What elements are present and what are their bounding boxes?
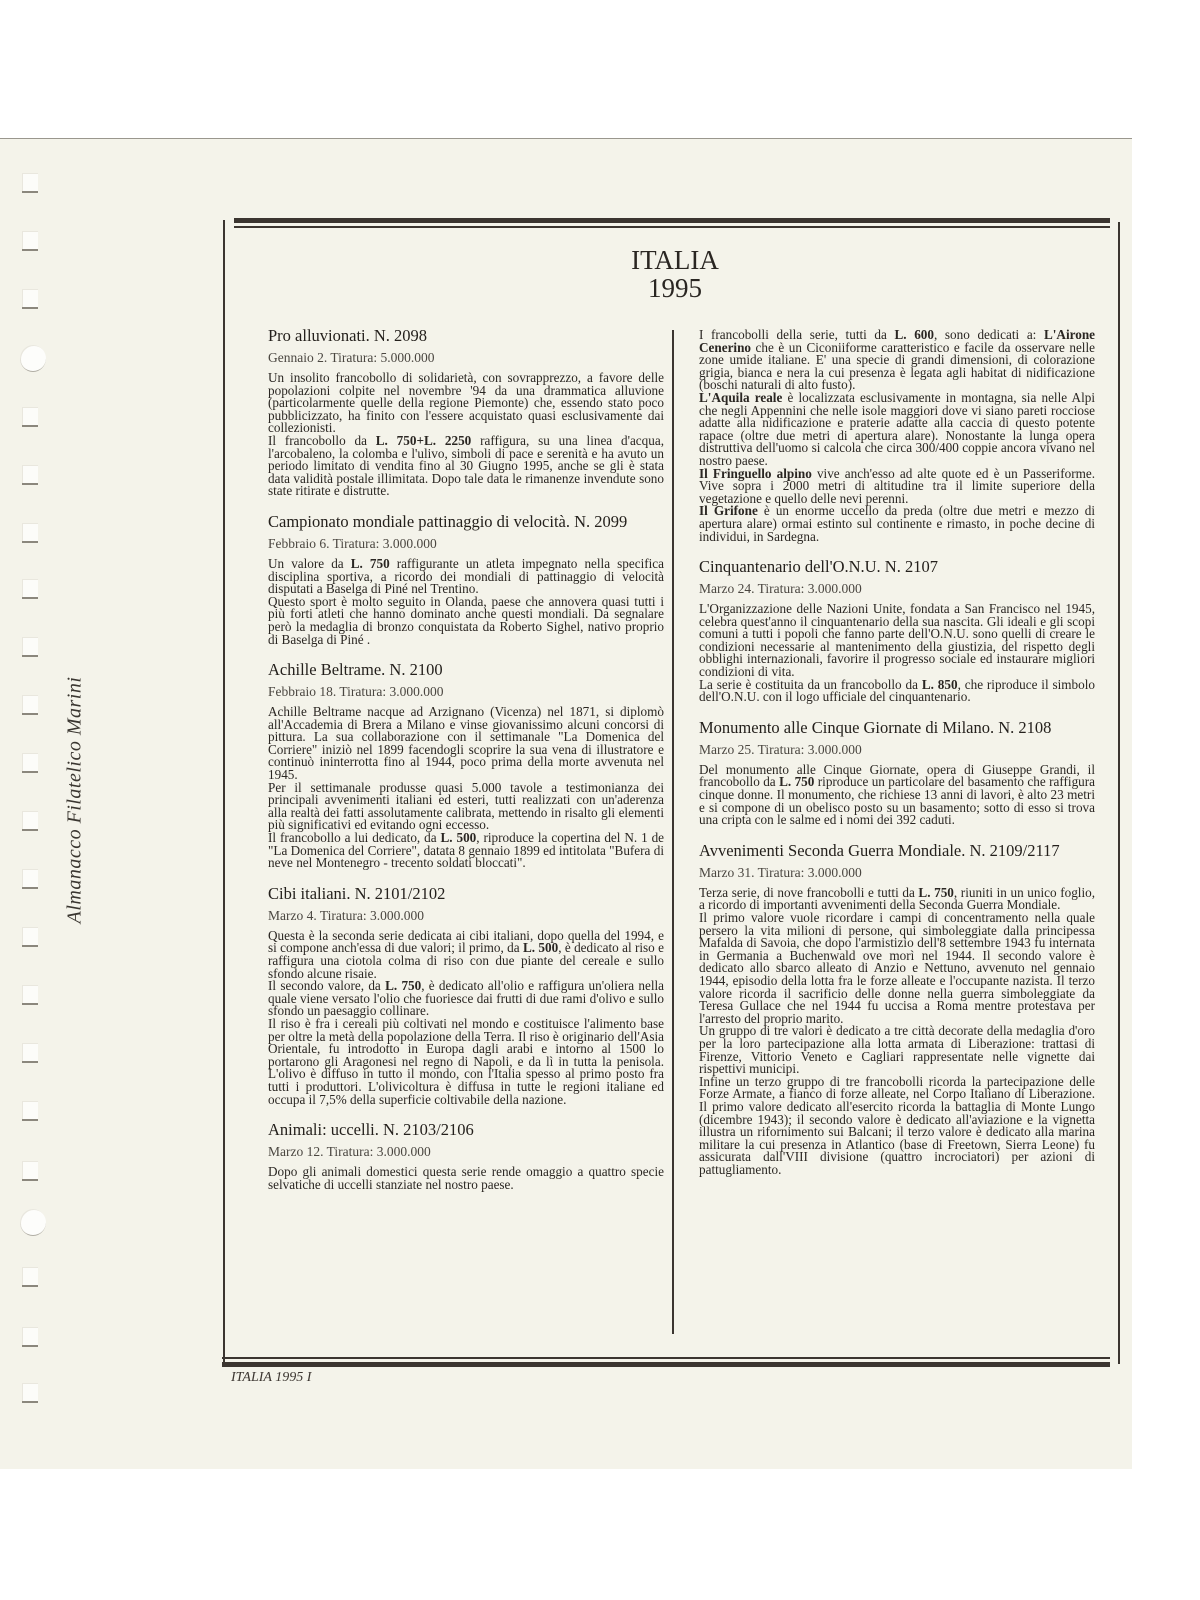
binder-hole-icon (22, 753, 38, 773)
article-paragraph: Il Fringuello alpino vive anch'esso ad a… (699, 468, 1095, 506)
page-title: ITALIA 1995 (560, 246, 790, 302)
binder-hole-icon (22, 1267, 38, 1287)
binder-hole-icon (22, 231, 38, 251)
article-paragraph: I francobolli della serie, tutti da L. 6… (699, 329, 1095, 392)
article-section: I francobolli della serie, tutti da L. 6… (699, 329, 1095, 543)
binder-hole-icon (22, 465, 38, 485)
binder-hole-icon (22, 869, 38, 889)
issue-date-print-run: Gennaio 2. Tiratura: 5.000.000 (268, 350, 664, 366)
article-section: Cinquantenario dell'O.N.U. N. 2107Marzo … (699, 557, 1095, 704)
column-divider (672, 330, 674, 1334)
binder-hole-icon (22, 637, 38, 657)
article-paragraph: Un valore da L. 750 raffigurante un atle… (268, 558, 664, 596)
issue-date-print-run: Marzo 24. Tiratura: 3.000.000 (699, 581, 1095, 597)
article-paragraph: Un gruppo di tre valori è dedicato a tre… (699, 1025, 1095, 1075)
binder-hole-icon (22, 1327, 38, 1347)
article-heading: Avvenimenti Seconda Guerra Mondiale. N. … (699, 841, 1095, 861)
bottom-rule-thick (222, 1362, 1110, 1367)
article-paragraph: L'Organizzazione delle Nazioni Unite, fo… (699, 603, 1095, 679)
page-footer: ITALIA 1995 I (231, 1370, 311, 1386)
binder-hole-round-icon (20, 1209, 46, 1236)
issue-date-print-run: Febbraio 18. Tiratura: 3.000.000 (268, 684, 664, 700)
binder-hole-icon (22, 811, 38, 831)
article-paragraph: Achille Beltrame nacque ad Arzignano (Vi… (268, 706, 664, 782)
issue-date-print-run: Marzo 31. Tiratura: 3.000.000 (699, 865, 1095, 881)
frame-right-line (1118, 222, 1120, 1364)
top-rule-thin (234, 226, 1110, 228)
article-paragraph: Questo sport è molto seguito in Olanda, … (268, 596, 664, 646)
article-section: Achille Beltrame. N. 2100Febbraio 18. Ti… (268, 660, 664, 870)
title-country: ITALIA (560, 246, 790, 274)
article-paragraph: Il riso è fra i cereali più coltivati ne… (268, 1018, 664, 1106)
article-paragraph: La serie è costituita da un francobollo … (699, 679, 1095, 704)
article-paragraph: Il Grifone è un enorme uccello da preda … (699, 505, 1095, 543)
article-paragraph: Questa è la seconda serie dedicata ai ci… (268, 930, 664, 980)
article-paragraph: Terza serie, di nove francobolli e tutti… (699, 887, 1095, 912)
article-section: Pro alluvionati. N. 2098Gennaio 2. Tirat… (268, 326, 664, 498)
binder-hole-icon (22, 1043, 38, 1063)
right-column: I francobolli della serie, tutti da L. 6… (699, 329, 1095, 1190)
article-heading: Pro alluvionati. N. 2098 (268, 326, 664, 346)
article-section: Avvenimenti Seconda Guerra Mondiale. N. … (699, 841, 1095, 1177)
article-paragraph: Del monumento alle Cinque Giornate, oper… (699, 764, 1095, 827)
article-heading: Campionato mondiale pattinaggio di veloc… (268, 512, 664, 532)
article-paragraph: Il secondo valore, da L. 750, è dedicato… (268, 980, 664, 1018)
article-section: Cibi italiani. N. 2101/2102Marzo 4. Tira… (268, 884, 664, 1106)
article-section: Monumento alle Cinque Giornate di Milano… (699, 718, 1095, 827)
article-section: Campionato mondiale pattinaggio di veloc… (268, 512, 664, 646)
article-paragraph: Per il settimanale produsse quasi 5.000 … (268, 782, 664, 832)
left-column: Pro alluvionati. N. 2098Gennaio 2. Tirat… (268, 326, 664, 1205)
binder-hole-icon (22, 289, 38, 309)
article-heading: Achille Beltrame. N. 2100 (268, 660, 664, 680)
binder-hole-icon (22, 1383, 38, 1403)
article-heading: Monumento alle Cinque Giornate di Milano… (699, 718, 1095, 738)
article-paragraph: Un insolito francobollo di solidarietà, … (268, 372, 664, 435)
article-paragraph: Il francobollo a lui dedicato, da L. 500… (268, 832, 664, 870)
binder-hole-icon (22, 523, 38, 543)
issue-date-print-run: Marzo 25. Tiratura: 3.000.000 (699, 742, 1095, 758)
binder-hole-icon (22, 1161, 38, 1181)
binder-hole-icon (22, 407, 38, 427)
binder-hole-icon (22, 173, 38, 193)
article-paragraph: Il primo valore vuole ricordare i campi … (699, 912, 1095, 1025)
issue-date-print-run: Marzo 12. Tiratura: 3.000.000 (268, 1144, 664, 1160)
issue-date-print-run: Febbraio 6. Tiratura: 3.000.000 (268, 536, 664, 552)
article-paragraph: Infine un terzo gruppo di tre francoboll… (699, 1076, 1095, 1177)
brand-text: Almanacco Filatelico Marini (64, 677, 87, 924)
top-rule-thick (234, 218, 1110, 223)
frame-left-line (223, 220, 225, 1364)
bottom-rule-thin (222, 1357, 1110, 1359)
binder-hole-round-icon (20, 345, 46, 372)
binder-hole-icon (22, 579, 38, 599)
brand-logo: Almanacco Filatelico Marini (60, 680, 90, 920)
binder-hole-icon (22, 695, 38, 715)
title-year: 1995 (560, 274, 790, 302)
article-heading: Cinquantenario dell'O.N.U. N. 2107 (699, 557, 1095, 577)
article-paragraph: L'Aquila reale è localizzata esclusivame… (699, 392, 1095, 468)
binder-hole-icon (22, 985, 38, 1005)
article-paragraph: Il francobollo da L. 750+L. 2250 raffigu… (268, 435, 664, 498)
issue-date-print-run: Marzo 4. Tiratura: 3.000.000 (268, 908, 664, 924)
article-paragraph: Dopo gli animali domestici questa serie … (268, 1166, 664, 1191)
article-heading: Cibi italiani. N. 2101/2102 (268, 884, 664, 904)
article-section: Animali: uccelli. N. 2103/2106Marzo 12. … (268, 1120, 664, 1191)
binder-hole-icon (22, 1101, 38, 1121)
article-heading: Animali: uccelli. N. 2103/2106 (268, 1120, 664, 1140)
binder-hole-icon (22, 927, 38, 947)
